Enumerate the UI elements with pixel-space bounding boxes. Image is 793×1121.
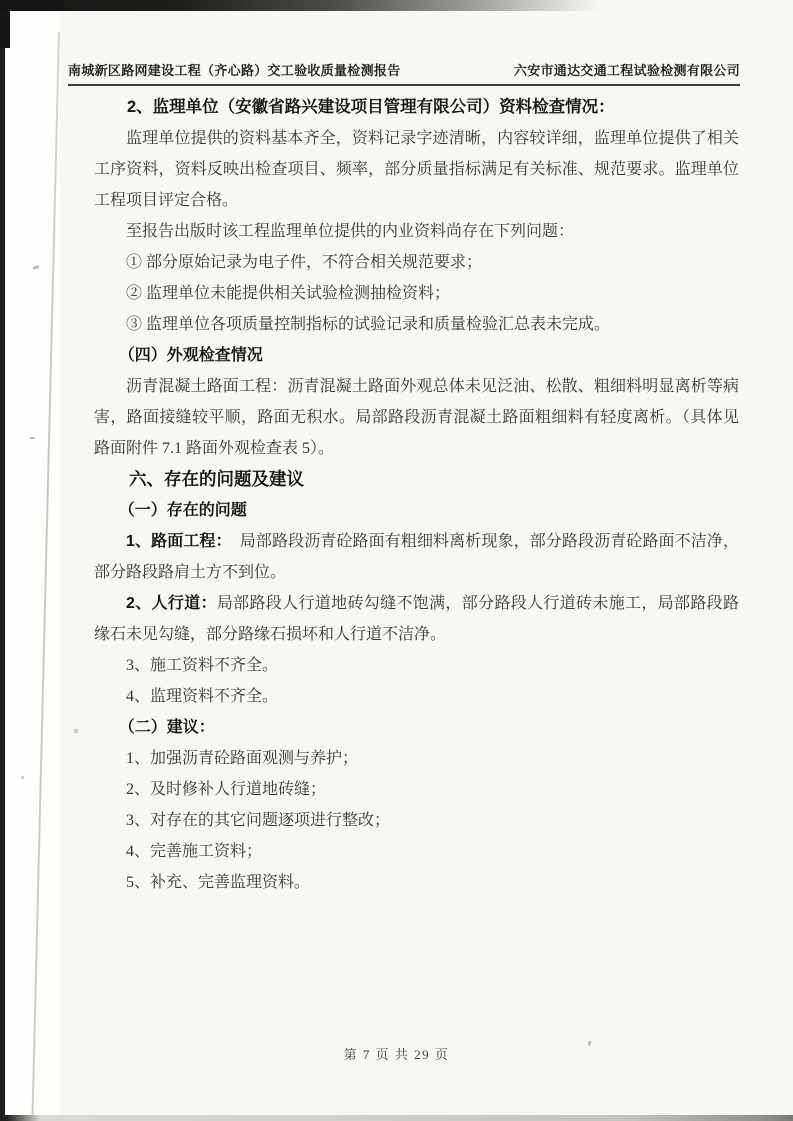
scan-speck [74,729,78,733]
scan-speck [30,437,35,439]
scan-speck [21,776,24,779]
supervision-issue-item: ① 部分原始记录为电子件，不符合相关规范要求； [94,247,739,278]
header-report-title: 南城新区路网建设工程（齐心路）交工验收质量检测报告 [68,60,401,79]
suggestion-item: 1、加强沥青砼路面观测与养护； [94,743,739,774]
page-footer: 第 7 页 共 29 页 [0,1044,793,1063]
problem-item-text: 4、监理资料不齐全。 [126,688,278,705]
subsection-heading-problems: （一）存在的问题 [94,495,739,526]
problem-item-text: 3、施工资料不齐全。 [126,657,278,674]
section-heading-problems-and-suggestions: 六、存在的问题及建议 [94,464,739,495]
problem-item-label: 1、路面工程： [126,533,224,550]
supervision-paragraph-2: 至报告出版时该工程监理单位提供的内业资料尚存在下列问题： [94,216,739,247]
suggestion-item: 2、及时修补人行道地砖缝； [94,774,739,805]
report-content: 2、监理单位（安徽省路兴建设项目管理有限公司）资料检查情况： 监理单位提供的资料… [94,92,739,898]
scan-left-border [0,0,5,1121]
supervision-issue-item: ③ 监理单位各项质量控制指标的试验记录和质量检验汇总表未完成。 [94,309,739,340]
header-company-name: 六安市通达交通工程试验检测有限公司 [514,60,740,79]
scan-bottom-border [0,1115,793,1121]
page-header: 南城新区路网建设工程（齐心路）交工验收质量检测报告 六安市通达交通工程试验检测有… [68,60,740,86]
suggestion-item: 3、对存在的其它问题逐项进行整改； [94,805,739,836]
subsection-heading-suggestions: （二）建议： [94,712,739,743]
section-heading-supervision-unit: 2、监理单位（安徽省路兴建设项目管理有限公司）资料检查情况： [94,92,739,123]
supervision-issue-item: ② 监理单位未能提供相关试验检测抽检资料； [94,278,739,309]
section-heading-appearance-check: （四）外观检查情况 [94,340,739,371]
suggestion-item: 5、补充、完善监理资料。 [94,867,739,898]
appearance-paragraph: 沥青混凝土路面工程：沥青混凝土路面外观总体未见泛油、松散、粗细料明显离析等病害，… [94,371,739,464]
scanned-report-page: 南城新区路网建设工程（齐心路）交工验收质量检测报告 六安市通达交通工程试验检测有… [0,0,793,1121]
problem-item: 2、人行道：局部路段人行道地砖勾缝不饱满，部分路段人行道砖未施工，局部路段路缘石… [94,588,739,650]
problem-item-label: 2、人行道： [126,595,217,612]
page-number-label: 第 7 页 共 29 页 [344,1047,450,1062]
suggestion-item: 4、完善施工资料； [94,836,739,867]
supervision-paragraph-1: 监理单位提供的资料基本齐全，资料记录字迹清晰，内容较详细，监理单位提供了相关工序… [94,123,739,216]
problem-item: 1、路面工程： 局部路段沥青砼路面有粗细料离析现象，部分路段沥青砼路面不洁净，部… [94,526,739,588]
problem-item: 3、施工资料不齐全。 [94,650,739,681]
scan-underpage-edge [0,0,60,1121]
scan-top-border [0,0,600,11]
problem-item: 4、监理资料不齐全。 [94,681,739,712]
